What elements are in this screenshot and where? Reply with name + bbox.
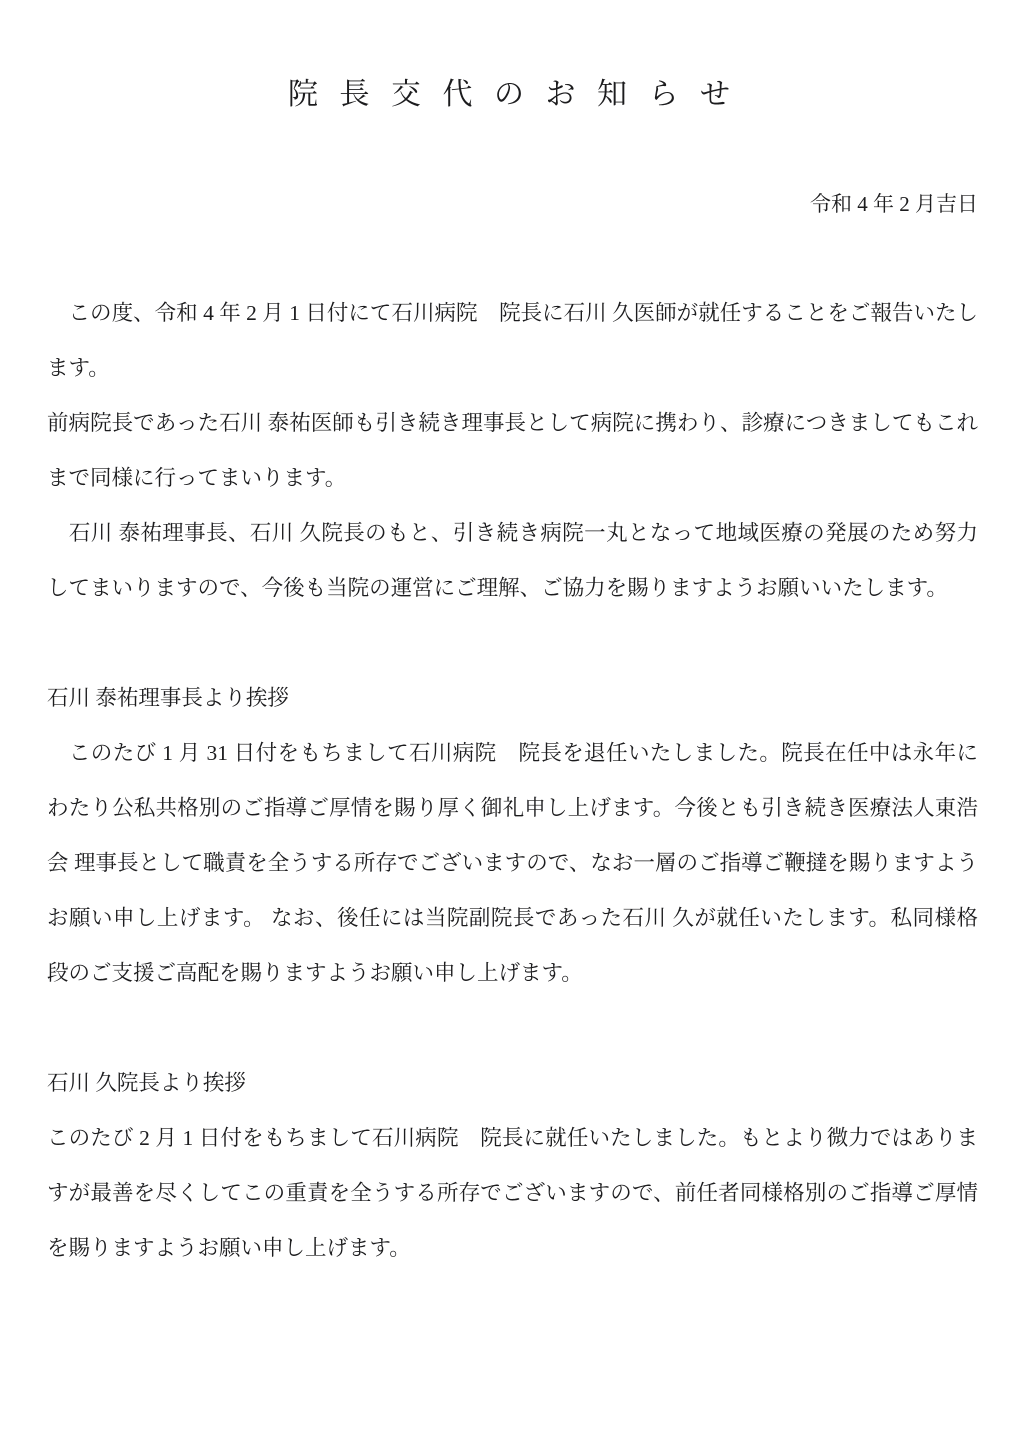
section-body-new-director: このたび 2 月 1 日付をもちまして石川病院 院長に就任いたしました。もとより… — [47, 1111, 978, 1276]
section-chairman-greeting: 石川 泰祐理事長より挨拶 このたび 1 月 31 日付をもちまして石川病院 院長… — [47, 671, 978, 1001]
section-heading-chairman: 石川 泰祐理事長より挨拶 — [47, 671, 978, 726]
intro-block: この度、令和 4 年 2 月 1 日付にて石川病院 院長に石川 久医師が就任する… — [47, 286, 978, 616]
section-body-chairman: このたび 1 月 31 日付をもちまして石川病院 院長を退任いたしました。院長在… — [47, 726, 978, 1001]
section-heading-new-director: 石川 久院長より挨拶 — [47, 1056, 978, 1111]
intro-paragraph-former-director: 前病院長であった石川 泰祐医師も引き続き理事長として病院に携わり、診療につきまし… — [47, 396, 978, 506]
section-new-director-greeting: 石川 久院長より挨拶 このたび 2 月 1 日付をもちまして石川病院 院長に就任… — [47, 1056, 978, 1276]
intro-paragraph-request: 石川 泰祐理事長、石川 久院長のもと、引き続き病院一丸となって地域医療の発展のた… — [47, 506, 978, 616]
page-title: 院 長 交 代 の お 知 ら せ — [47, 0, 978, 116]
intro-paragraph-announcement: この度、令和 4 年 2 月 1 日付にて石川病院 院長に石川 久医師が就任する… — [47, 286, 978, 396]
document-page: 院 長 交 代 の お 知 ら せ 令和 4 年 2 月吉日 この度、令和 4 … — [0, 0, 1024, 1448]
date-line: 令和 4 年 2 月吉日 — [47, 188, 978, 220]
